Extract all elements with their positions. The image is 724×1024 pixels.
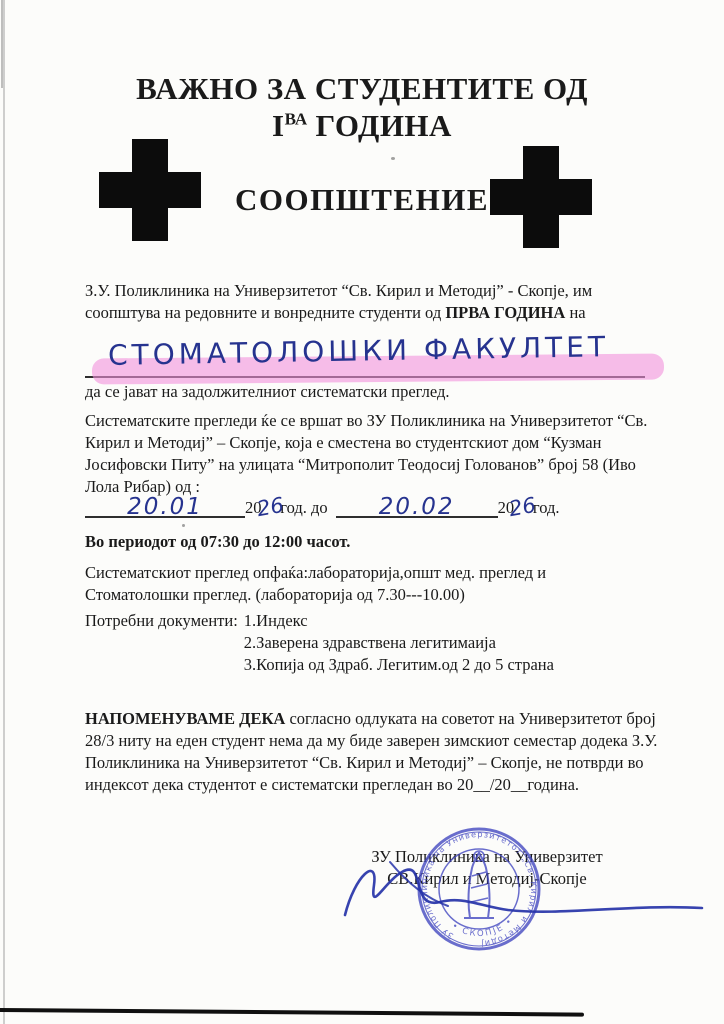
- date-from-blank: 20.01: [85, 486, 245, 518]
- title-superscript: ВА: [285, 110, 308, 129]
- scan-speck: [182, 524, 185, 527]
- includes-line2: Стоматолошки преглед. (лабораторија од 7…: [85, 585, 465, 604]
- date-to-blank: 20.02: [336, 486, 498, 518]
- handwritten-year: 26: [255, 493, 285, 521]
- title-line2: IВА ГОДИНА: [272, 108, 452, 143]
- intro-bold-first-year: ПРВА ГОДИНА: [445, 303, 565, 322]
- title-year-word: ГОДИНА: [307, 108, 452, 143]
- scan-edge-artifact: [3, 0, 5, 1024]
- documents-label: Потребни документи:: [85, 610, 238, 676]
- handwritten-year: 26: [507, 493, 537, 521]
- handwritten-date-to: 20.02: [379, 494, 455, 520]
- note-paragraph: НАПОМЕНУВАМЕ ДЕКА согласно одлуката на с…: [85, 708, 667, 796]
- intro-text-end: на: [565, 303, 585, 322]
- exam-includes-paragraph: Систематскиот преглед опфаќа:лабораториј…: [85, 562, 657, 606]
- title-line1: ВАЖНО ЗА СТУДЕНТИТЕ ОД: [136, 71, 588, 106]
- location-paragraph: Систематските прегледи ќе се вршат во ЗУ…: [85, 410, 663, 498]
- required-documents: Потребни документи: 1.Индекс 2.Заверена …: [85, 610, 554, 676]
- title-roman-numeral: I: [272, 108, 285, 143]
- cross-bar: [490, 179, 592, 215]
- includes-line1: Систематскиот преглед опфаќа:лабораториј…: [85, 563, 546, 582]
- period-line: Во периодот од 07:30 до 12:00 часот.: [85, 531, 657, 553]
- scan-speck: [391, 157, 395, 160]
- dates-row: 20.01 2026год. до 20.02 2026год.: [85, 486, 560, 518]
- note-bold: НАПОМЕНУВАМЕ ДЕКА: [85, 709, 285, 728]
- document-item: 3.Копија од Здраб. Легитим.од 2 до 5 стр…: [244, 654, 554, 676]
- after-blank-text: да се јават на задолжителниот систематск…: [85, 381, 657, 403]
- scanned-document-page: ВАЖНО ЗА СТУДЕНТИТЕ ОДIВА ГОДИНА СООПШТЕ…: [0, 0, 724, 1024]
- handwritten-date-from: 20.01: [127, 494, 203, 520]
- medical-cross-icon: [490, 146, 592, 248]
- year-suffix-from: год. до: [280, 498, 327, 518]
- intro-paragraph: З.У. Поликлиника на Универзитетот “Св. К…: [85, 280, 657, 324]
- announcement-heading: СООПШТЕНИЕ: [0, 182, 724, 218]
- documents-list: 1.Индекс 2.Заверена здравствена легитима…: [244, 610, 554, 676]
- page-title: ВАЖНО ЗА СТУДЕНТИТЕ ОДIВА ГОДИНА: [0, 70, 724, 144]
- document-item: 1.Индекс: [244, 610, 554, 632]
- handwritten-signature: [330, 840, 720, 950]
- scan-edge-artifact: [0, 1008, 584, 1017]
- document-item: 2.Заверена здравствена легитимаија: [244, 632, 554, 654]
